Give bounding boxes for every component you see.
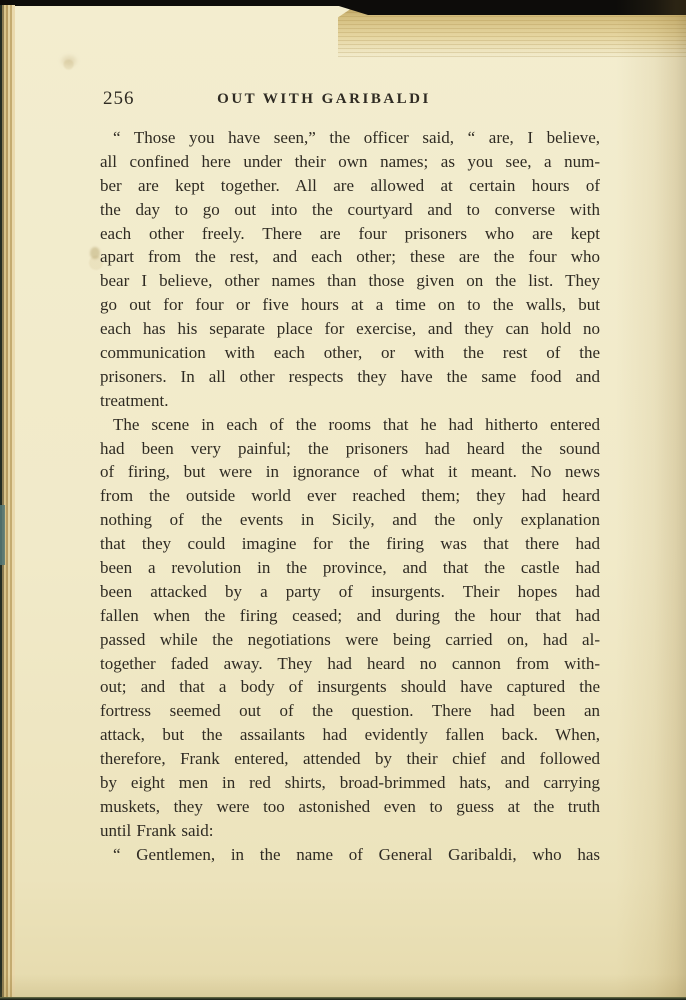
book-cover-edge (0, 505, 5, 565)
text-line: had been very painful; the prisoners had… (100, 437, 600, 461)
background-top-bar (0, 0, 360, 6)
text-line: the day to go out into the courtyard and… (100, 198, 600, 222)
text-line: nothing of the events in Sicily, and the… (100, 508, 600, 532)
text-line: “ Gentlemen, in the name of General Gari… (100, 843, 600, 867)
right-gutter-shadow (616, 0, 686, 1000)
paper-stain (62, 56, 76, 66)
text-line: of firing, but were in ignorance of what… (100, 460, 600, 484)
page-number: 256 (103, 88, 135, 110)
paper-stain (90, 247, 100, 259)
text-line: apart from the rest, and each other; the… (100, 245, 600, 269)
text-line: each other freely. There are four prison… (100, 222, 600, 246)
text-line: from the outside world ever reached them… (100, 484, 600, 508)
text-line: out; and that a body of insurgents shoul… (100, 675, 600, 699)
left-page-stack-edges (0, 5, 15, 997)
text-line: been a revolution in the province, and t… (100, 556, 600, 580)
text-line: communication with each other, or with t… (100, 341, 600, 365)
printed-content: 256 OUT WITH GARIBALDI “ Those you have … (100, 88, 600, 114)
text-line: muskets, they were too astonished even t… (100, 795, 600, 819)
text-line: been attacked by a party of insurgents. … (100, 580, 600, 604)
text-line: by eight men in red shirts, broad-brimme… (100, 771, 600, 795)
book-page-scan: 256 OUT WITH GARIBALDI “ Those you have … (0, 0, 686, 1000)
text-line: bear I believe, other names than those g… (100, 269, 600, 293)
text-line: that they could imagine for the firing w… (100, 532, 600, 556)
text-line: “ Those you have seen,” the officer said… (100, 126, 600, 150)
text-line: attack, but the assailants had evidently… (100, 723, 600, 747)
running-header: 256 OUT WITH GARIBALDI (100, 88, 600, 114)
text-line: therefore, Frank entered, attended by th… (100, 747, 600, 771)
text-line: together faded away. They had heard no c… (100, 652, 600, 676)
text-line: prisoners. In all other respects they ha… (100, 365, 600, 389)
text-line: fortress seemed out of the question. The… (100, 699, 600, 723)
running-title: OUT WITH GARIBALDI (217, 91, 431, 108)
text-line: each has his separate place for exercise… (100, 317, 600, 341)
text-line: until Frank said: (100, 819, 600, 843)
text-line: fallen when the firing ceased; and durin… (100, 604, 600, 628)
text-line: passed while the negotiations were being… (100, 628, 600, 652)
text-line: go out for four or five hours at a time … (100, 293, 600, 317)
text-line: treatment. (100, 389, 600, 413)
text-line: The scene in each of the rooms that he h… (100, 413, 600, 437)
text-line: ber are kept together. All are allowed a… (100, 174, 600, 198)
text-line: all confined here under their own names;… (100, 150, 600, 174)
body-text: “ Those you have seen,” the officer said… (100, 126, 600, 867)
